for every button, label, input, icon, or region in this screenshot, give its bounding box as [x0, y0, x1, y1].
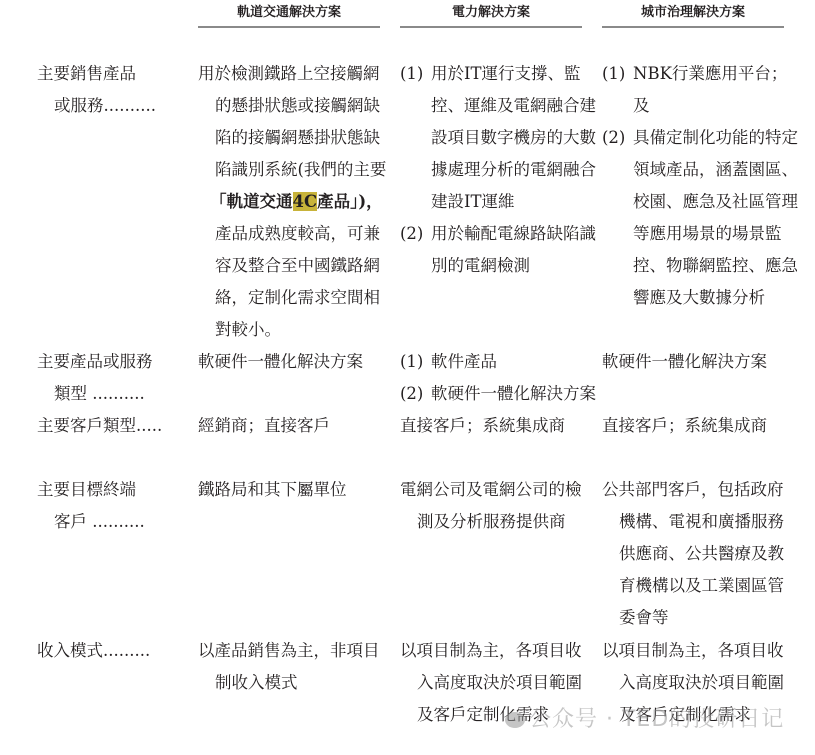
product-name: 「軌道交通	[210, 192, 293, 211]
text-line: 的懸掛狀態或接觸網缺	[198, 90, 386, 122]
power-end-customer: 電網公司及電網公司的檢 測及分析服務提供商	[400, 474, 582, 538]
label-line: 或服務..........	[37, 90, 156, 122]
text-line: 容及整合至中國鐵路網	[198, 250, 386, 282]
city-end-customer: 公共部門客戶，包括政府 機構、電視和廣播服務 供應商、公共醫療及教 育機構以及工…	[602, 474, 784, 634]
text-line: 建設IT運維	[400, 186, 596, 218]
list-number: (2)	[400, 378, 431, 410]
text-line: 制收入模式	[198, 667, 380, 699]
row-label-end-customer: 主要目標終端 客戶 ..........	[37, 474, 145, 538]
text-line: 陷的接觸網懸掛狀態缺	[198, 122, 386, 154]
text-line: 育機構以及工業園區管	[602, 570, 784, 602]
label-line: 客戶 ..........	[37, 506, 145, 538]
text-line: 據處理分析的電網融合	[400, 154, 596, 186]
header-city: 城市治理解決方案	[602, 4, 784, 28]
city-customer-type: 直接客戶；系統集成商	[602, 410, 767, 442]
watermark-text: 公众号 · TED的投研日记	[529, 707, 784, 732]
text-line: NBK行業應用平台；	[633, 64, 787, 83]
text-line: 直接客戶；系統集成商	[400, 410, 565, 442]
label-line: 主要銷售產品	[37, 58, 156, 90]
text-line: 具備定制化功能的特定	[633, 128, 798, 147]
text-line: 機構、電視和廣播服務	[602, 506, 784, 538]
text-line: 用於檢測鐵路上空接觸網	[198, 58, 386, 90]
row-label-revenue-model: 收入模式.........	[37, 635, 150, 667]
header-power: 電力解決方案	[400, 4, 582, 28]
text-line: 電網公司及電網公司的檢	[400, 474, 582, 506]
city-main-products: (1)NBK行業應用平台； 及 (2)具備定制化功能的特定 領域產品，涵蓋園區、…	[602, 58, 798, 314]
label-line: 主要目標終端	[37, 474, 145, 506]
text-line: 及	[602, 90, 798, 122]
text-line: 「軌道交通4C產品」)，	[198, 186, 386, 218]
row-label-product-type: 主要產品或服務 類型 ..........	[37, 346, 153, 410]
city-product-type: 軟硬件一體化解決方案	[602, 346, 767, 378]
power-main-products: (1)用於IT運行支撐、監 控、運維及電網融合建 設項目數字機房的大數 據處理分…	[400, 58, 596, 282]
text-line: 軟件產品	[431, 352, 497, 371]
highlighted-text: 4C	[293, 192, 318, 211]
rail-customer-type: 經銷商；直接客戶	[198, 410, 330, 442]
product-name: 產品」)，	[317, 192, 383, 211]
text-line: 設項目數字機房的大數	[400, 122, 596, 154]
power-product-type: (1)軟件產品 (2)軟硬件一體化解決方案	[400, 346, 596, 410]
watermark: 公众号 · TED的投研日记	[505, 702, 784, 733]
text-line: 用於IT運行支撐、監	[431, 64, 581, 83]
rail-revenue-model: 以產品銷售為主，非項目 制收入模式	[198, 635, 380, 699]
text-line: 公共部門客戶，包括政府	[602, 474, 784, 506]
text-line: 用於輸配電線路缺陷識	[431, 224, 596, 243]
text-line: 入高度取決於項目範圍	[602, 667, 784, 699]
text-line: 軟硬件一體化解決方案	[602, 346, 767, 378]
row-label-customer-type: 主要客戶類型.....	[37, 410, 162, 442]
text-line: 鐵路局和其下屬單位	[198, 474, 347, 506]
row-label-main-products: 主要銷售產品 或服務..........	[37, 58, 156, 122]
text-line: 產品成熟度較高，可兼	[198, 218, 386, 250]
text-line: 絡，定制化需求空間相	[198, 282, 386, 314]
label-line: 類型 ..........	[37, 378, 153, 410]
list-number: (2)	[400, 218, 431, 250]
header-rail: 軌道交通解決方案	[198, 4, 380, 28]
text-line: 供應商、公共醫療及教	[602, 538, 784, 570]
text-line: 測及分析服務提供商	[400, 506, 582, 538]
wechat-icon	[505, 712, 525, 728]
rail-main-products: 用於檢測鐵路上空接觸網 的懸掛狀態或接觸網缺 陷的接觸網懸掛狀態缺 陷識別系統(…	[198, 58, 386, 346]
label-line: 主要產品或服務	[37, 346, 153, 378]
rail-product-type: 軟硬件一體化解決方案	[198, 346, 363, 378]
text-line: 軟硬件一體化解決方案	[431, 384, 596, 403]
text-line: 控、運維及電網融合建	[400, 90, 596, 122]
label-line: 主要客戶類型.....	[37, 410, 162, 442]
text-line: 校園、應急及社區管理	[602, 186, 798, 218]
text-line: 領域產品，涵蓋園區、	[602, 154, 798, 186]
text-line: 響應及大數據分析	[602, 282, 798, 314]
text-line: 陷識別系統(我們的主要	[198, 154, 386, 186]
text-line: 以項目制為主，各項目收	[602, 635, 784, 667]
label-line: 收入模式.........	[37, 635, 150, 667]
text-line: 等應用場景的場景監	[602, 218, 798, 250]
text-line: 控、物聯網監控、應急	[602, 250, 798, 282]
list-number: (1)	[400, 346, 431, 378]
list-number: (1)	[400, 58, 431, 90]
text-line: 以項目制為主，各項目收	[400, 635, 582, 667]
list-number: (2)	[602, 122, 633, 154]
text-line: 入高度取決於項目範圍	[400, 667, 582, 699]
text-line: 對較小。	[198, 314, 386, 346]
list-number: (1)	[602, 58, 633, 90]
text-line: 軟硬件一體化解決方案	[198, 346, 363, 378]
power-customer-type: 直接客戶；系統集成商	[400, 410, 565, 442]
rail-end-customer: 鐵路局和其下屬單位	[198, 474, 347, 506]
text-line: 別的電網檢測	[400, 250, 596, 282]
text-line: 直接客戶；系統集成商	[602, 410, 767, 442]
text-line: 委會等	[602, 602, 784, 634]
text-line: 以產品銷售為主，非項目	[198, 635, 380, 667]
text-line: 經銷商；直接客戶	[198, 410, 330, 442]
